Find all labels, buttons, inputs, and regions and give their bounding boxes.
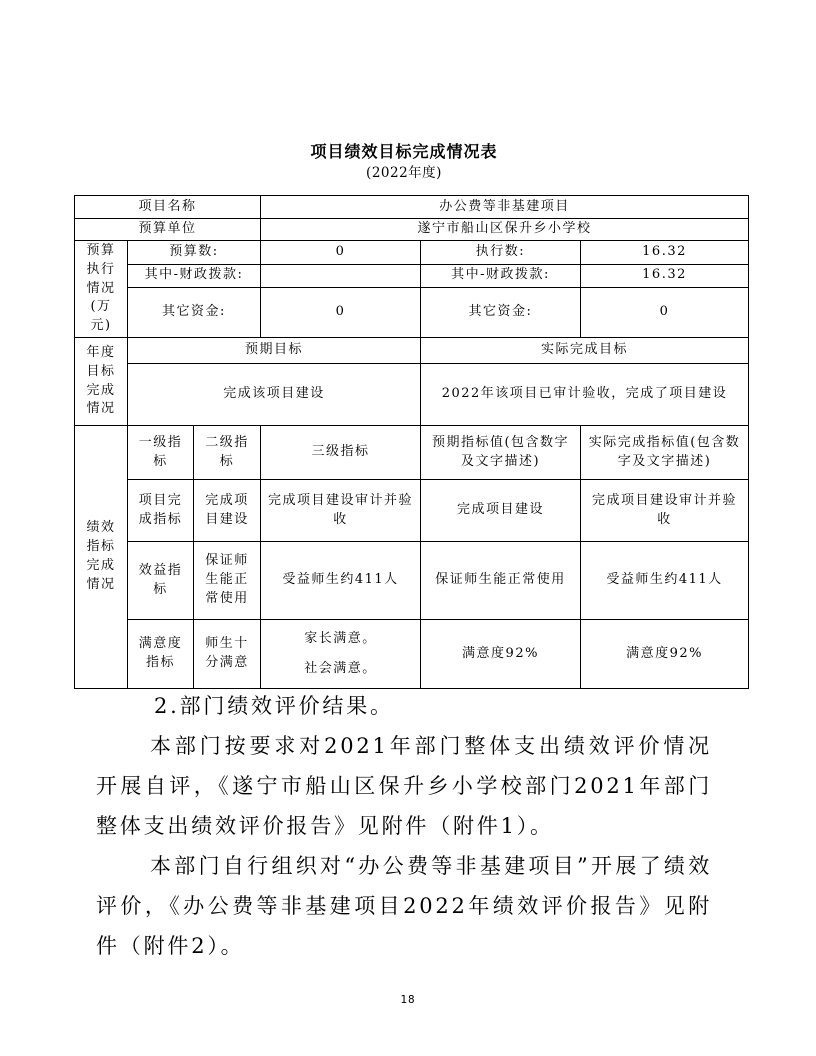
cell-indicators-header: 绩效指标完成情况 [75, 426, 128, 689]
cell-satisfaction-actual: 满意度92% [581, 620, 749, 689]
cell-exec-fiscal-value: 16.32 [581, 264, 749, 288]
cell-actual-goal-label: 实际完成目标 [421, 338, 749, 364]
cell-benefit-actual: 受益师生约411人 [581, 542, 749, 620]
page-number: 18 [0, 993, 816, 1006]
cell-level1-header: 一级指标 [128, 426, 194, 480]
table-row: 效益指标 保证师生能正常使用 受益师生约411人 保证师生能正常使用 受益师生约… [75, 542, 749, 620]
cell-annual-goal-header: 年度目标完成情况 [75, 338, 128, 426]
cell-exec-amount-value: 16.32 [581, 240, 749, 264]
satisfaction-line-parents: 家长满意。 [267, 631, 414, 647]
cell-benefit-expected: 保证师生能正常使用 [421, 542, 581, 620]
cell-exec-other-label: 其它资金: [421, 288, 581, 338]
cell-budget-other-value: 0 [261, 288, 421, 338]
table-row: 完成该项目建设 2022年该项目已审计验收，完成了项目建设 [75, 364, 749, 426]
section-heading: 2.部门绩效评价结果。 [96, 686, 712, 726]
table-row: 预算执行情况(万元) 预算数: 0 执行数: 16.32 [75, 240, 749, 264]
cell-level2-header: 二级指标 [194, 426, 261, 480]
document-page: 项目绩效目标完成情况表 (2022年度) 项目名称 办公费等非基建项目 预算单位… [0, 0, 816, 1056]
cell-actual-goal-value: 2022年该项目已审计验收，完成了项目建设 [421, 364, 749, 426]
cell-expected-goal-label: 预期目标 [128, 338, 421, 364]
cell-exec-amount-label: 执行数: [421, 240, 581, 264]
cell-completion-actual: 完成项目建设审计并验收 [581, 480, 749, 542]
cell-satisfaction-expected: 满意度92% [421, 620, 581, 689]
table-row: 年度目标完成情况 预期目标 实际完成目标 [75, 338, 749, 364]
cell-exec-other-value: 0 [581, 288, 749, 338]
cell-project-name-value: 办公费等非基建项目 [261, 196, 749, 219]
cell-budget-unit-label: 预算单位 [75, 219, 261, 241]
cell-budget-fiscal-value [261, 264, 421, 288]
table-row: 满意度指标 师生十分满意 家长满意。 社会满意。 满意度92% 满意度92% [75, 620, 749, 689]
cell-budget-fiscal-label: 其中-财政拨款: [128, 264, 261, 288]
table-row: 绩效指标完成情况 一级指标 二级指标 三级指标 预期指标值(包含数字及文字描述)… [75, 426, 749, 480]
cell-benefit-indicator: 效益指标 [128, 542, 194, 620]
cell-satisfaction-indicator: 满意度指标 [128, 620, 194, 689]
cell-level3-header: 三级指标 [261, 426, 421, 480]
table-row: 项目完成指标 完成项目建设 完成项目建设审计并验收 完成项目建设 完成项目建设审… [75, 480, 749, 542]
cell-budget-unit-value: 遂宁市船山区保升乡小学校 [261, 219, 749, 241]
cell-budget-exec-header: 预算执行情况(万元) [75, 240, 128, 337]
performance-target-table: 项目名称 办公费等非基建项目 预算单位 遂宁市船山区保升乡小学校 预算执行情况(… [74, 195, 749, 689]
cell-satisfaction-level3: 家长满意。 社会满意。 [261, 620, 421, 689]
document-title: 项目绩效目标完成情况表 [96, 139, 712, 162]
cell-exec-fiscal-label: 其中-财政拨款: [421, 264, 581, 288]
table-row: 其中-财政拨款: 其中-财政拨款: 16.32 [75, 264, 749, 288]
cell-satisfaction-level2: 师生十分满意 [194, 620, 261, 689]
document-subtitle: (2022年度) [96, 161, 712, 181]
cell-project-name-label: 项目名称 [75, 196, 261, 219]
body-text: 2.部门绩效评价结果。 本部门按要求对2021年部门整体支出绩效评价情况开展自评… [96, 686, 712, 966]
cell-completion-level3: 完成项目建设审计并验收 [261, 480, 421, 542]
cell-completion-indicator: 项目完成指标 [128, 480, 194, 542]
cell-completion-expected: 完成项目建设 [421, 480, 581, 542]
satisfaction-line-society: 社会满意。 [267, 661, 414, 677]
cell-completion-level2: 完成项目建设 [194, 480, 261, 542]
paragraph-self-evaluation: 本部门按要求对2021年部门整体支出绩效评价情况开展自评，《遂宁市船山区保升乡小… [96, 726, 712, 846]
table-row: 预算单位 遂宁市船山区保升乡小学校 [75, 219, 749, 241]
cell-expected-indicator-header: 预期指标值(包含数字及文字描述) [421, 426, 581, 480]
cell-benefit-level2: 保证师生能正常使用 [194, 542, 261, 620]
table-row: 其它资金: 0 其它资金: 0 [75, 288, 749, 338]
table-row: 项目名称 办公费等非基建项目 [75, 196, 749, 219]
cell-expected-goal-value: 完成该项目建设 [128, 364, 421, 426]
cell-benefit-level3: 受益师生约411人 [261, 542, 421, 620]
paragraph-project-evaluation: 本部门自行组织对“办公费等非基建项目”开展了绩效评价，《办公费等非基建项目202… [96, 846, 712, 966]
cell-budget-other-label: 其它资金: [128, 288, 261, 338]
cell-actual-indicator-header: 实际完成指标值(包含数字及文字描述) [581, 426, 749, 480]
cell-budget-amount-value: 0 [261, 240, 421, 264]
cell-budget-amount-label: 预算数: [128, 240, 261, 264]
